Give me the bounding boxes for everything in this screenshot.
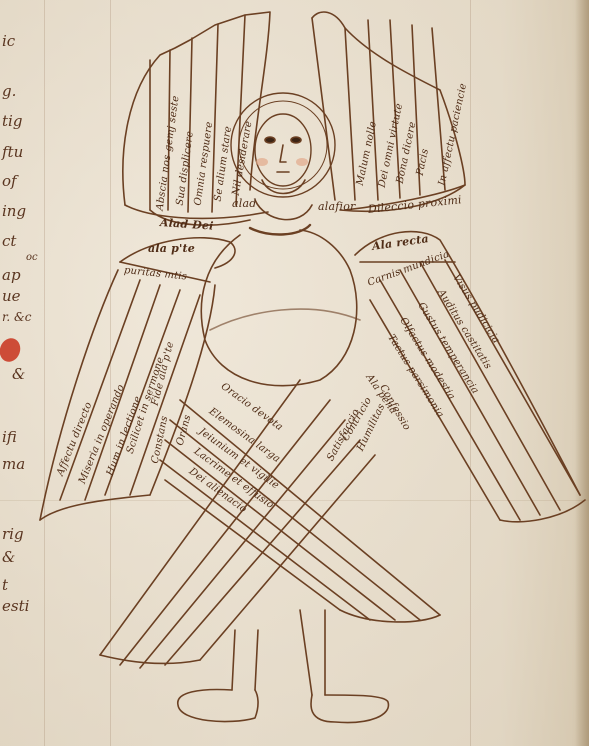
torso-outline	[201, 230, 360, 386]
wing-inner-label: alafior	[318, 200, 356, 213]
manuscript-page: ic g. tig ftu of ing ct oc ap ue r. &c &…	[0, 0, 589, 746]
seraph-drawing	[0, 0, 589, 746]
wing-top-label: ala p'te	[148, 242, 195, 255]
legs-and-feet-outline	[178, 610, 389, 723]
wing-inner-label: alad	[232, 197, 256, 210]
